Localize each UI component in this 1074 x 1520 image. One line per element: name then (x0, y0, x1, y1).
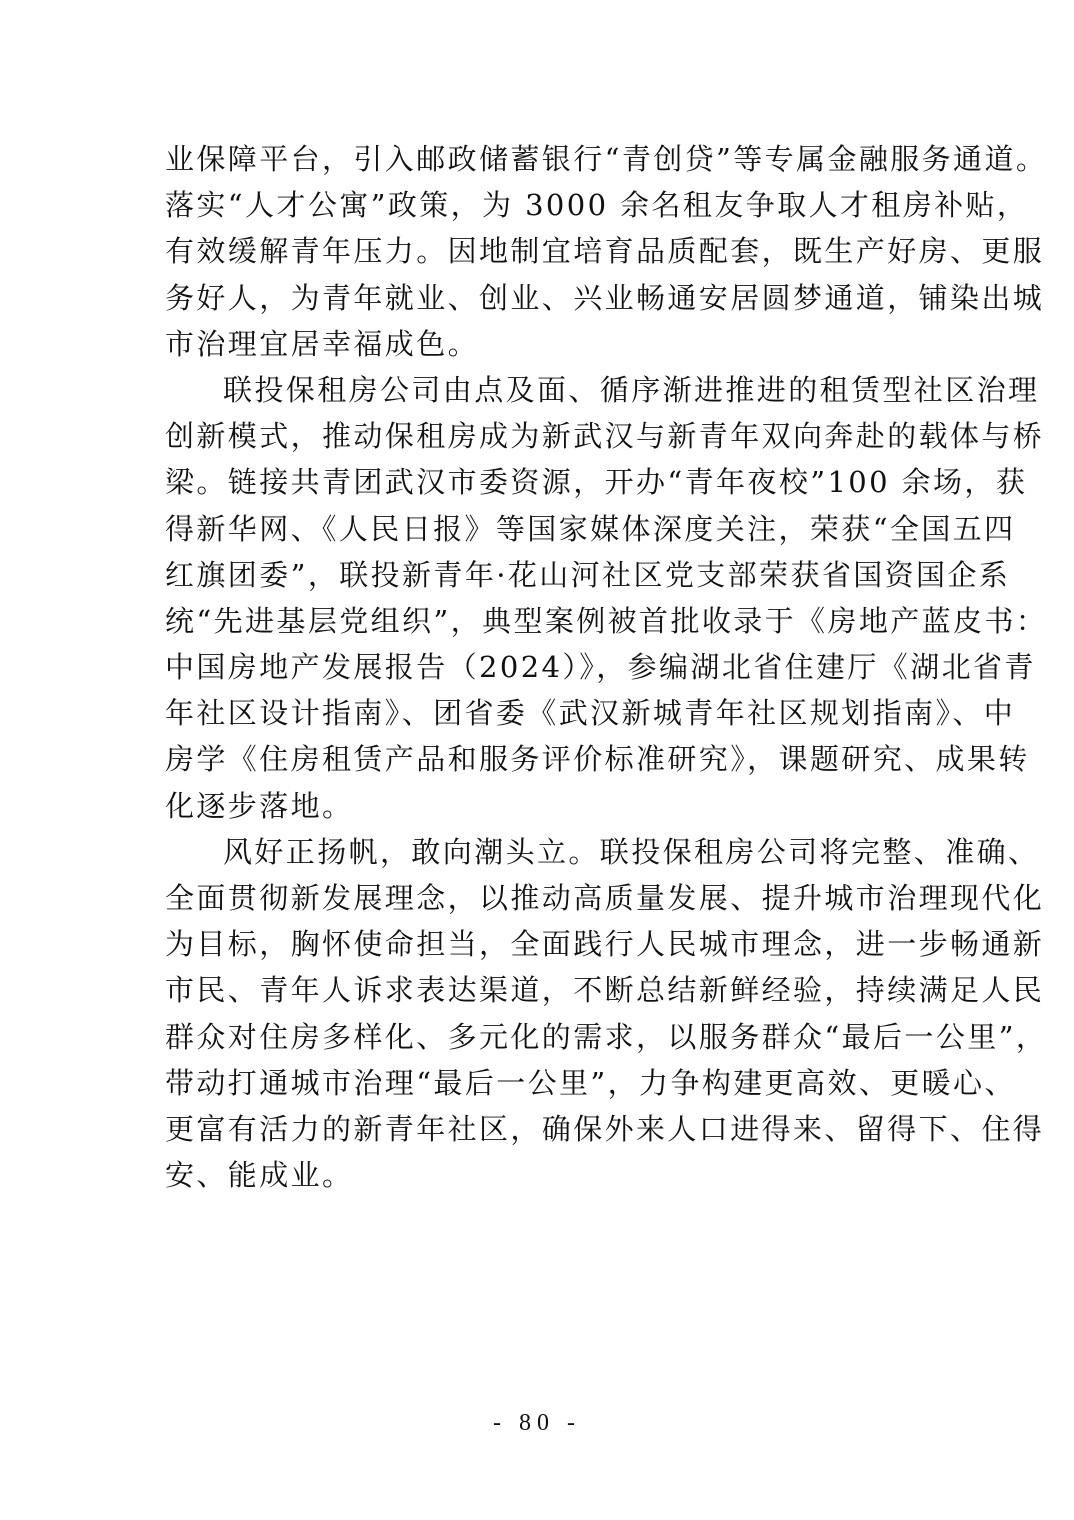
text-line: 统“先进基层党组织”，典型案例被首批收录于《房地产蓝皮书： (165, 598, 915, 644)
text-line: 创新模式，推动保租房成为新武汉与新青年双向奔赴的载体与桥 (165, 413, 915, 459)
text-line: 业保障平台，引入邮政储蓄银行“青创贷”等专属金融服务通道。 (165, 136, 915, 182)
text-line: 全面贯彻新发展理念，以推动高质量发展、提升城市治理现代化 (165, 875, 915, 921)
text-line: 落实“人才公寓”政策，为 3000 余名租友争取人才租房补贴， (165, 182, 915, 228)
text-line: 市民、青年人诉求表达渠道，不断总结新鲜经验，持续满足人民 (165, 967, 915, 1013)
text-line: 联投保租房公司由点及面、循序渐进推进的租赁型社区治理 (165, 367, 915, 413)
text-line: 有效缓解青年压力。因地制宜培育品质配套，既生产好房、更服 (165, 228, 915, 274)
paragraph-2: 联投保租房公司由点及面、循序渐进推进的租赁型社区治理 创新模式，推动保租房成为新… (165, 367, 915, 829)
text-line: 务好人，为青年就业、创业、兴业畅通安居圆梦通道，铺染出城 (165, 275, 915, 321)
text-line: 为目标，胸怀使命担当，全面践行人民城市理念，进一步畅通新 (165, 921, 915, 967)
paragraph-3: 风好正扬帆，敢向潮头立。联投保租房公司将完整、准确、 全面贯彻新发展理念，以推动… (165, 829, 915, 1199)
text-line: 梁。链接共青团武汉市委资源，开办“青年夜校”100 余场，获 (165, 459, 915, 505)
text-line: 得新华网、《人民日报》等国家媒体深度关注，荣获“全国五四 (165, 506, 915, 552)
text-line: 群众对住房多样化、多元化的需求，以服务群众“最后一公里”， (165, 1014, 915, 1060)
text-line: 带动打通城市治理“最后一公里”，力争构建更高效、更暖心、 (165, 1060, 915, 1106)
text-line: 安、能成业。 (165, 1152, 915, 1198)
page-number: - 80 - (0, 1410, 1074, 1437)
text-line: 化逐步落地。 (165, 783, 915, 829)
text-line: 房学《住房租赁产品和服务评价标准研究》，课题研究、成果转 (165, 736, 915, 782)
body-text: 业保障平台，引入邮政储蓄银行“青创贷”等专属金融服务通道。 落实“人才公寓”政策… (165, 136, 915, 1198)
text-line: 中国房地产发展报告（2024）》，参编湖北省住建厅《湖北省青 (165, 644, 915, 690)
text-line: 市治理宜居幸福成色。 (165, 321, 915, 367)
text-line: 风好正扬帆，敢向潮头立。联投保租房公司将完整、准确、 (165, 829, 915, 875)
text-line: 红旗团委”，联投新青年·花山河社区党支部荣获省国资国企系 (165, 552, 915, 598)
document-page: 业保障平台，引入邮政储蓄银行“青创贷”等专属金融服务通道。 落实“人才公寓”政策… (0, 0, 1074, 1520)
text-line: 年社区设计指南》、团省委《武汉新城青年社区规划指南》、中 (165, 690, 915, 736)
paragraph-1: 业保障平台，引入邮政储蓄银行“青创贷”等专属金融服务通道。 落实“人才公寓”政策… (165, 136, 915, 367)
text-line: 更富有活力的新青年社区，确保外来人口进得来、留得下、住得 (165, 1106, 915, 1152)
